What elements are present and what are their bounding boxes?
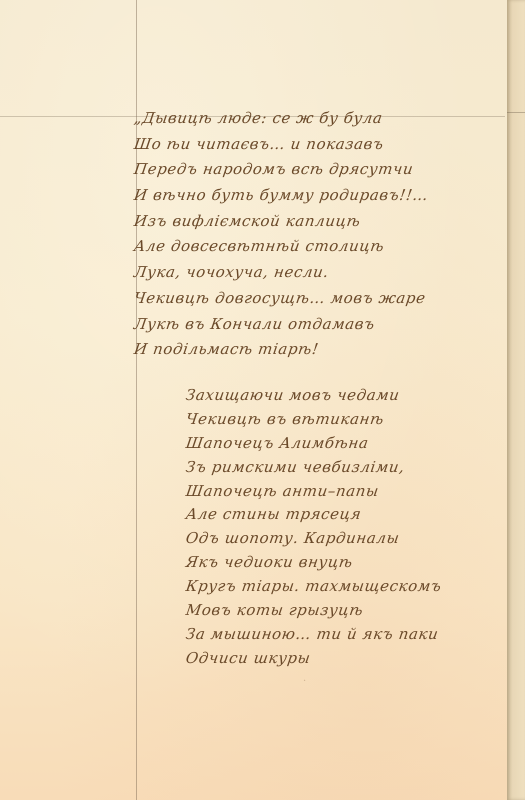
stanza-2: Захищаючи мовъ чедами Чекивцѣ въ вѣтикан… [186,383,442,670]
stanza-1-line: Лукѣ въ Кончали отдамавъ [132,312,430,338]
manuscript-page: „Дывицѣ люде: се ж бу була Шо ѣи читаєвъ… [0,0,525,800]
stanza-1-line: Изъ вифліємской каплицѣ [132,209,430,235]
stanza-1-line: Передъ народомъ всѣ дрясутчи [132,157,430,183]
stanza-1-line: Але довсесвѣтнѣй столицѣ [132,234,430,260]
stanza-1-line: И вѣчно буть бумму родиравъ!!… [132,183,430,209]
stanza-1-line: И подільмасѣ тіарѣ! [132,337,430,363]
stanza-2-line: Мовъ коты грызуцѣ [184,598,443,622]
stanza-2-line: Чекивцѣ въ вѣтиканѣ [184,407,443,431]
stanza-1: „Дывицѣ люде: се ж бу була Шо ѣи читаєвъ… [134,106,428,363]
stanza-2-line: Якъ чедиоки внуцѣ [184,550,443,574]
stanza-2-line: Захищаючи мовъ чедами [184,383,443,407]
ink-mark: · [303,676,306,687]
page-binding-edge [507,0,525,800]
stanza-1-line: „Дывицѣ люде: се ж бу була [132,106,430,132]
stanza-2-line: Одчиси шкуры [184,646,443,670]
stanza-2-line: Одъ шопоту. Кардиналы [184,526,443,550]
stanza-2-line: Шапочецъ Алимбѣна [184,431,443,455]
stanza-1-line: Шо ѣи читаєвъ… и показавъ [132,132,430,158]
stanza-2-line: Але стины трясеця [184,502,443,526]
binding-edge-rule [507,112,525,113]
stanza-1-line: Лука, чочохуча, несли. [132,260,430,286]
stanza-2-line: За мышиною… ти й якъ паки [184,622,443,646]
stanza-1-line: Чекивцѣ довгосущѣ… мовъ жаре [132,286,430,312]
stanza-2-line: Зъ римскими чевбизліми, [184,455,443,479]
stanza-2-line: Кругъ тіары. тахмыщескомъ [184,574,443,598]
stanza-2-line: Шапочецѣ анти–папы [184,479,443,503]
